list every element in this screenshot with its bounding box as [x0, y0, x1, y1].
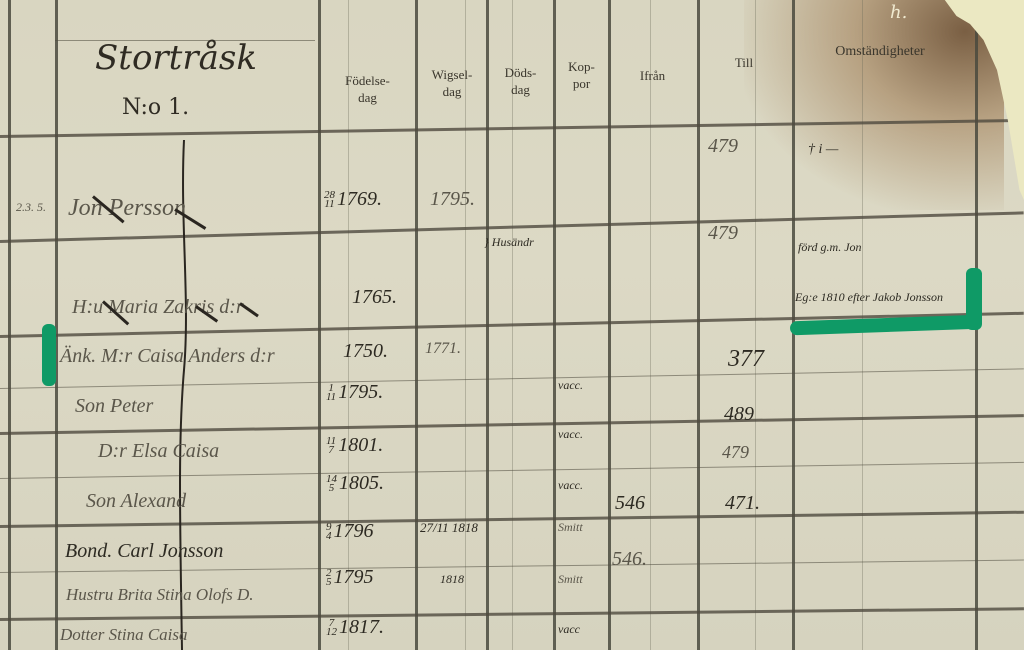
- person-name: Bond. Carl Jonsson: [65, 540, 223, 563]
- register-page: Stortråsk N:o 1. h. Födelse- dag Wigsel-…: [0, 0, 1024, 650]
- birth-date: 1111795.: [326, 381, 383, 404]
- person-name: Son Peter: [75, 395, 153, 418]
- column-header-remarks: Omständigheter: [800, 43, 960, 60]
- cell-smallpox: Smitt: [558, 520, 583, 535]
- column-header-smallpox: Kop- por: [555, 58, 608, 92]
- birth-year: 1765.: [352, 286, 397, 309]
- burn-stain: [744, 0, 1004, 210]
- person-name: Dotter Stina Caisa: [60, 625, 188, 645]
- cell-from: 546: [615, 492, 645, 515]
- cell-smallpox: vacc.: [558, 378, 583, 393]
- column-header-line: por: [555, 75, 608, 92]
- column-header-line: Födelse-: [320, 72, 415, 89]
- cell-to: 377: [728, 346, 764, 373]
- cell-remarks: † i —: [808, 142, 838, 158]
- grid-line: [755, 0, 756, 650]
- birth-fraction: 2811: [324, 191, 335, 209]
- cell-from: 546.: [612, 548, 647, 571]
- marriage-date: 1795.: [430, 188, 475, 211]
- birth-year: 1795: [334, 566, 374, 588]
- column-header-line: Kop-: [555, 58, 608, 75]
- marriage-date: 1771.: [425, 340, 461, 358]
- birth-year: 1795.: [338, 381, 383, 403]
- cell-to: 471.: [725, 492, 760, 515]
- person-name: Son Alexand: [86, 490, 186, 513]
- birth-date: 1451805.: [326, 472, 384, 495]
- village-name: Stortråsk: [95, 38, 257, 78]
- cell-to: 479: [708, 222, 738, 245]
- column-header-to: Till: [699, 54, 789, 71]
- green-marker-left: [42, 324, 56, 386]
- birth-fraction: 117: [326, 437, 336, 455]
- column-header-from: Ifrån: [610, 67, 695, 84]
- birth-year: 1805.: [339, 472, 384, 494]
- marriage-date: 1818: [440, 572, 464, 587]
- cell-remarks: Eg:e 1810 efter Jakob Jonsson: [795, 290, 960, 304]
- side-note: 2.3. 5.: [16, 200, 46, 214]
- green-bracket-side: [966, 268, 982, 330]
- birth-fraction: 111: [326, 384, 336, 402]
- birth-year: 1817.: [339, 616, 384, 638]
- grid-line: [697, 0, 700, 650]
- birth-year: 1801.: [338, 434, 383, 456]
- birth-fraction: 712: [326, 619, 337, 637]
- column-header-birth: Födelse- dag: [320, 72, 415, 106]
- cell-smallpox: vacc: [558, 622, 580, 637]
- birth-fraction: 145: [326, 475, 337, 493]
- grid-line: [8, 0, 11, 650]
- column-header-line: Wigsel-: [417, 66, 487, 83]
- person-name: Änk. M:r Caisa Anders d:r: [60, 345, 275, 368]
- torn-corner: [934, 0, 1024, 200]
- birth-fraction: 94: [326, 523, 332, 541]
- birth-date: 941796: [326, 520, 374, 543]
- column-header-death: Döds- dag: [488, 64, 553, 98]
- birth-date: 7121817.: [326, 616, 384, 639]
- cell-to: 489: [724, 403, 754, 426]
- column-header-line: Döds-: [488, 64, 553, 81]
- grid-line: [55, 0, 58, 650]
- page-marking: h.: [890, 2, 907, 23]
- grid-line: [650, 0, 651, 650]
- birth-date: 28111769.: [324, 188, 382, 211]
- column-header-line: dag: [488, 81, 553, 98]
- grid-line: [608, 0, 611, 650]
- person-name: Hustru Brita Stina Olofs D.: [66, 585, 254, 605]
- cell-to: 479: [722, 442, 749, 463]
- column-header-line: dag: [417, 83, 487, 100]
- birth-year: 1750.: [343, 340, 388, 363]
- cell-to: 479: [708, 135, 738, 158]
- person-name: H:u Maria Zakris d:r: [72, 296, 244, 319]
- cell-remarks: förd g.m. Jon: [798, 240, 862, 255]
- column-header-line: dag: [320, 89, 415, 106]
- marriage-date: 27/11 1818: [420, 520, 478, 536]
- cell-smallpox: vacc.: [558, 478, 583, 493]
- birth-year: 1769.: [337, 188, 382, 210]
- cell-smallpox: vacc.: [558, 427, 583, 442]
- cell-smallpox: Smitt: [558, 572, 583, 587]
- column-header-marriage: Wigsel- dag: [417, 66, 487, 100]
- person-name: Jon Persson: [68, 195, 186, 222]
- household-number: N:o 1.: [122, 95, 189, 120]
- cell-death: } Husändr: [484, 235, 534, 250]
- birth-fraction: 25: [326, 569, 332, 587]
- birth-date: 251795: [326, 566, 374, 589]
- birth-year: 1796: [334, 520, 374, 542]
- person-name: D:r Elsa Caisa: [98, 440, 219, 463]
- birth-date: 1171801.: [326, 434, 383, 457]
